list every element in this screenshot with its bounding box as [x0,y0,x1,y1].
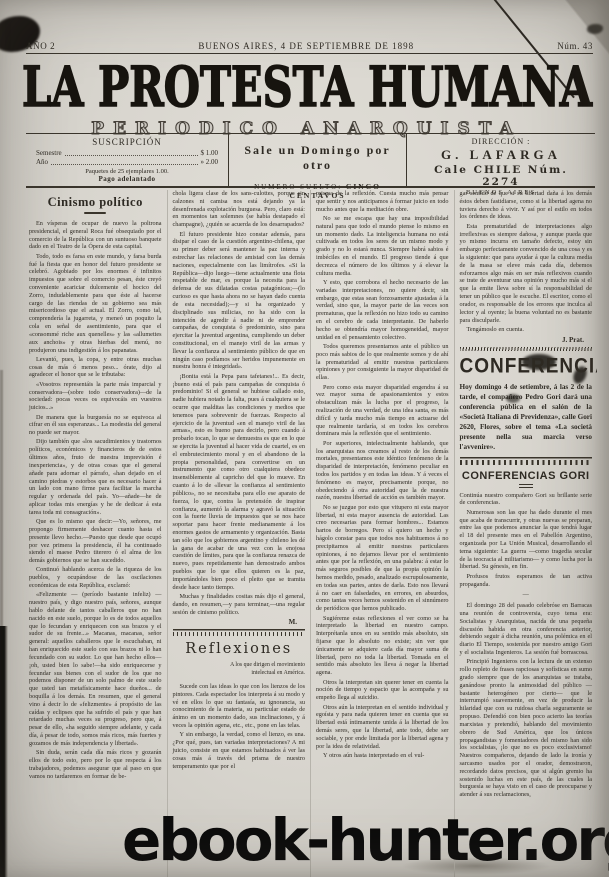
cinismo-text-col1: En vísperas de ocupar de nuevo la poltro… [29,220,162,780]
paragraph: chola ligera clase de los sans-culottes,… [173,190,306,229]
paragraph: Todos queremos presentarnos ante el públ… [316,343,449,382]
paragraph: Esta prematuridad de interpretaciones al… [460,223,593,325]
address-box: DIRECCIÓN : G. LAFARGA Cale CHILE Núm. 2… [407,134,595,186]
paragraph: El futuro presidente hizo constar además… [173,231,306,372]
paragraph: Sin duda, serán cada día más ricos y goz… [29,749,162,780]
paragraph: «Vosotros representáis la parte más impa… [29,381,162,412]
masthead: LA PROTESTA HUMANA PERIODICO ANARQUISTA [16,54,597,139]
paragraph: En vísperas de ocupar de nuevo la poltro… [29,220,162,251]
scan-black-strip-left [0,626,8,877]
paragraph: El domingo 28 del pasado celebróse en Ba… [460,602,593,657]
column-1: Cinismo político En vísperas de ocupar d… [24,190,168,877]
paragraph: Que es lo mismo que decir:—Yo, señores, … [29,518,162,565]
info-bar: SUSCRIPCIÓN Semestre $ 1.00 Año » 2.00 P… [26,133,595,188]
article-title-reflexiones: Reflexiones [173,641,306,657]
paragraph: Continúa nuestro compañero Gori su brill… [460,492,593,508]
article-title-cinismo: Cinismo político [29,195,162,210]
paragraph: Por superiores, intelectualmente habland… [316,440,449,503]
paragraph: De manera que la burguesía no se equivoc… [29,414,162,437]
paragraph: Muchas y finalidades cositas más dijo el… [173,593,306,616]
dash [519,487,533,488]
paragraph: gar sentido de que si su libertad daña á… [460,190,593,221]
dot-leader [65,155,198,156]
issue-year: AÑO 2 [26,41,55,51]
paragraph: Numerosas son las que ha dado durante el… [460,509,593,572]
paragraph: Sucede con las ideas lo que con los lien… [173,683,306,730]
paragraph: Sugiéreme estas reflexiones el ver como … [316,615,449,678]
paragraph: «Felizmente — (período bastante infeliz)… [29,591,162,747]
conference-notice-body: Hoy domingo 4 de setiembre, á las 2 de l… [460,382,593,453]
reflexiones-text-col4: gar sentido de que si su libertad daña á… [460,190,593,334]
title-divider [84,212,106,214]
ebook-hunter-watermark: ebook-hunter.org [122,806,609,874]
paragraph: Otros la interpretan sin querer tener en… [316,679,449,702]
issue-date: BUENOS AIRES, 4 DE SEPTIEMBRE DE 1898 [198,41,414,51]
paragraph: ¡Bonita está la Pepa para tafetanes!... … [173,373,306,592]
reflexiones-text-col2: Sucede con las ideas lo que con los lien… [173,683,306,770]
paragraph: Continuó hablando acerca de la riqueza d… [29,566,162,589]
paragraph: Pero como esta mayor disparidad engendra… [316,384,449,439]
double-dash-divider [460,484,593,488]
paragraph: Profusos frutos esperamos de tan activa … [460,573,593,589]
signature-m: M. [173,618,306,626]
paragraph: Otros aún la interpretan en el sentido i… [316,704,449,751]
ornament-divider [460,457,593,466]
subscription-bundles: Paquetes de 25 ejemplares 1.00. [32,168,222,175]
subscription-price: » 2.00 [201,158,219,167]
subscription-title: SUSCRIPCIÓN [32,137,222,147]
paragraph: Todo, todo es farsa en este mundo, y far… [29,253,162,355]
dash [519,484,533,485]
conference-notice-title: CONFERENCIA [460,354,593,379]
subscription-label: Semestre [36,149,62,158]
column-4: gar sentido de que si su libertad daña á… [455,190,598,877]
issue-header: AÑO 2 BUENOS AIRES, 4 DE SEPTIEMBRE DE 1… [26,36,593,54]
paragraph: Y otros aún hasta interpretado en el vul… [316,752,449,760]
scan-edge-shadow-left [0,370,3,630]
subscription-label: Año [36,158,48,167]
subscription-row-semestre: Semestre $ 1.00 [32,149,222,158]
column-3: prisma de la reflexión. Cuesta mucho más… [311,190,455,877]
masthead-title-art: LA PROTESTA HUMANA [18,54,596,118]
cinismo-text-col2: chola ligera clase de los sans-culottes,… [173,190,306,616]
newspaper-page: AÑO 2 BUENOS AIRES, 4 DE SEPTIEMBRE DE 1… [0,0,609,877]
paragraph: Y esto, que corrobora el hecho necesario… [316,279,449,342]
conference-notice: CONFERENCIA Hoy domingo 4 de setiembre, … [460,356,593,453]
squiggle-divider [460,347,593,351]
reflexiones-text-col3: prisma de la reflexión. Cuesta mucho más… [316,190,449,760]
issue-number: Núm. 43 [557,41,593,51]
subscription-box: SUSCRIPCIÓN Semestre $ 1.00 Año » 2.00 P… [26,134,229,186]
street-address: Cale CHILE Núm. 2274 [413,164,589,188]
ink-smudge [506,394,520,403]
article-title-conferencias-gori: CONFERENCIAS GORI [460,470,593,482]
newspaper-title: LA PROTESTA HUMANA [22,54,593,118]
publication-frequency: Sale un Domingo por otro [235,143,400,173]
signature-jprat: J. Prat. [460,336,593,344]
address-label: DIRECCIÓN : [413,137,589,146]
article-columns: Cinismo político En vísperas de ocupar d… [24,190,597,877]
paragraph: Y sin embargo, la verdad, como el lienzo… [173,731,306,770]
paragraph: No se juzgue por esto que vitupero ni es… [316,504,449,613]
reflexiones-epigraph: A los que dirigen el movimiento intelect… [210,662,305,678]
paragraph: Dijo también que «los sacudimientos y tr… [29,438,162,516]
paragraph: prisma de la reflexión. Cuesta mucho más… [316,190,449,213]
paragraph: Principió Ingenieros con la lectura de u… [460,658,593,799]
subscription-price: $ 1.00 [201,149,219,158]
subscription-prepaid-note: Pago adelantado [32,175,222,183]
paragraph: No se me escapa que hay una imposibilida… [316,215,449,278]
column-2: chola ligera clase de los sans-culottes,… [168,190,312,877]
gori-text: Continúa nuestro compañero Gori su brill… [460,492,593,799]
paragraph: — [460,591,593,599]
publication-schedule-box: Sale un Domingo por otro NUMERO SUELTO: … [229,134,407,186]
paragraph: Levantó, pues, la copa, y entre otras mu… [29,356,162,379]
subscription-row-ano: Año » 2.00 [32,158,222,167]
dot-leader [51,164,197,165]
paragraph: Tengámoslo en cuenta. [460,326,593,334]
fringe-divider [173,629,306,636]
director-name: G. LAFARGA [413,147,589,163]
